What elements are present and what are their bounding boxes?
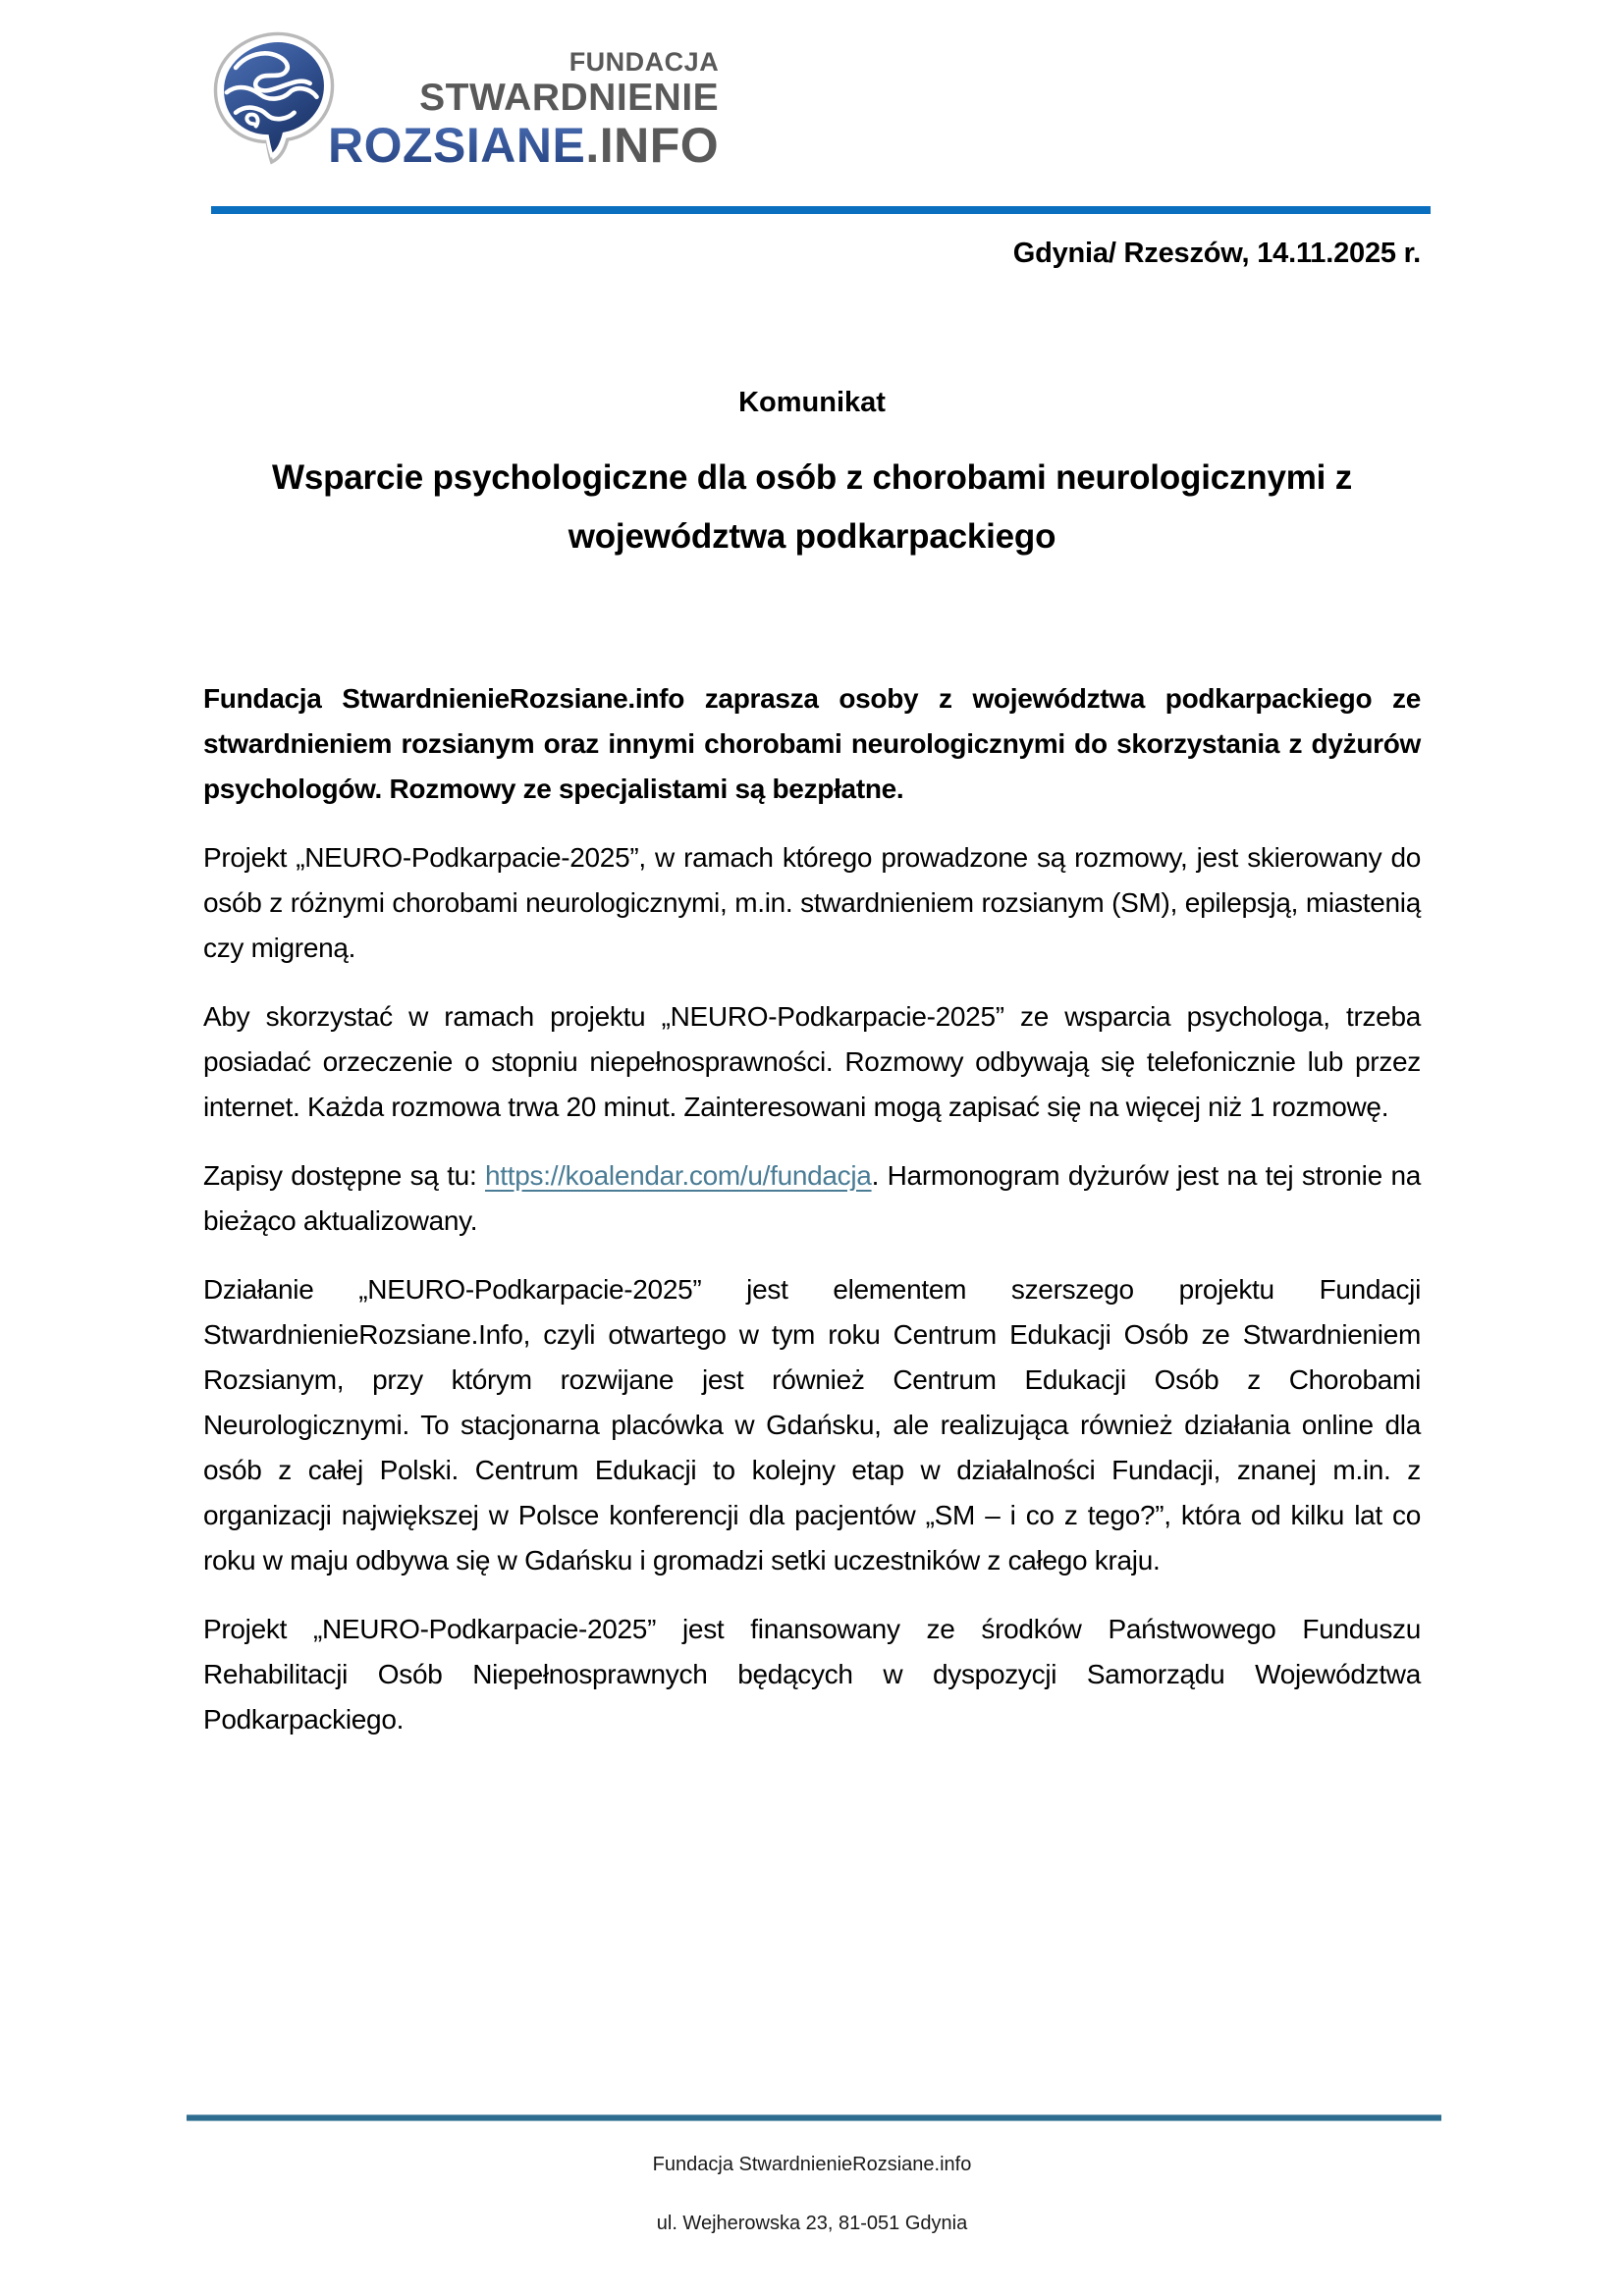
paragraph-project: Projekt „NEURO-Podkarpacie-2025”, w rama… bbox=[203, 835, 1421, 971]
paragraph-signup: Zapisy dostępne są tu: https://koalendar… bbox=[203, 1153, 1421, 1244]
logo-rozsiane: ROZSIANE bbox=[328, 118, 585, 173]
dateline: Gdynia/ Rzeszów, 14.11.2025 r. bbox=[203, 236, 1421, 271]
body-text: Fundacja StwardnienieRozsiane.info zapra… bbox=[203, 676, 1421, 1742]
footer-org: Fundacja StwardnienieRozsiane.info bbox=[203, 2152, 1421, 2177]
logo-wordmark: FUNDACJA STWARDNIENIE ROZSIANE.INFO bbox=[328, 49, 719, 170]
document-content: Gdynia/ Rzeszów, 14.11.2025 r. Komunikat… bbox=[203, 236, 1421, 1766]
footer-address: ul. Wejherowska 23, 81-051 Gdynia bbox=[203, 2211, 1421, 2236]
logo-line-stwardnienie: STWARDNIENIE bbox=[419, 79, 719, 117]
signup-link[interactable]: https://koalendar.com/u/fundacja bbox=[485, 1160, 872, 1191]
page-title: Wsparcie psychologiczne dla osób z choro… bbox=[203, 449, 1421, 566]
logo-line-fundacja: FUNDACJA bbox=[569, 49, 720, 76]
paragraph-eligibility: Aby skorzystać w ramach projektu „NEURO-… bbox=[203, 994, 1421, 1130]
logo-info: .INFO bbox=[585, 118, 719, 173]
logo-line-rozsiane-info: ROZSIANE.INFO bbox=[328, 121, 719, 170]
kicker-komunikat: Komunikat bbox=[203, 387, 1421, 419]
paragraph-lead: Fundacja StwardnienieRozsiane.info zapra… bbox=[203, 676, 1421, 812]
document-page: FUNDACJA STWARDNIENIE ROZSIANE.INFO Gdyn… bbox=[0, 0, 1624, 2296]
paragraph-funding: Projekt „NEURO-Podkarpacie-2025” jest fi… bbox=[203, 1607, 1421, 1742]
footer-rule bbox=[187, 2114, 1441, 2121]
header-rule bbox=[211, 206, 1431, 214]
signup-prefix: Zapisy dostępne są tu: bbox=[203, 1160, 485, 1191]
foundation-logo: FUNDACJA STWARDNIENIE ROZSIANE.INFO bbox=[206, 22, 658, 179]
paragraph-centrum: Działanie „NEURO-Podkarpacie-2025” jest … bbox=[203, 1267, 1421, 1583]
brain-icon bbox=[206, 29, 342, 169]
